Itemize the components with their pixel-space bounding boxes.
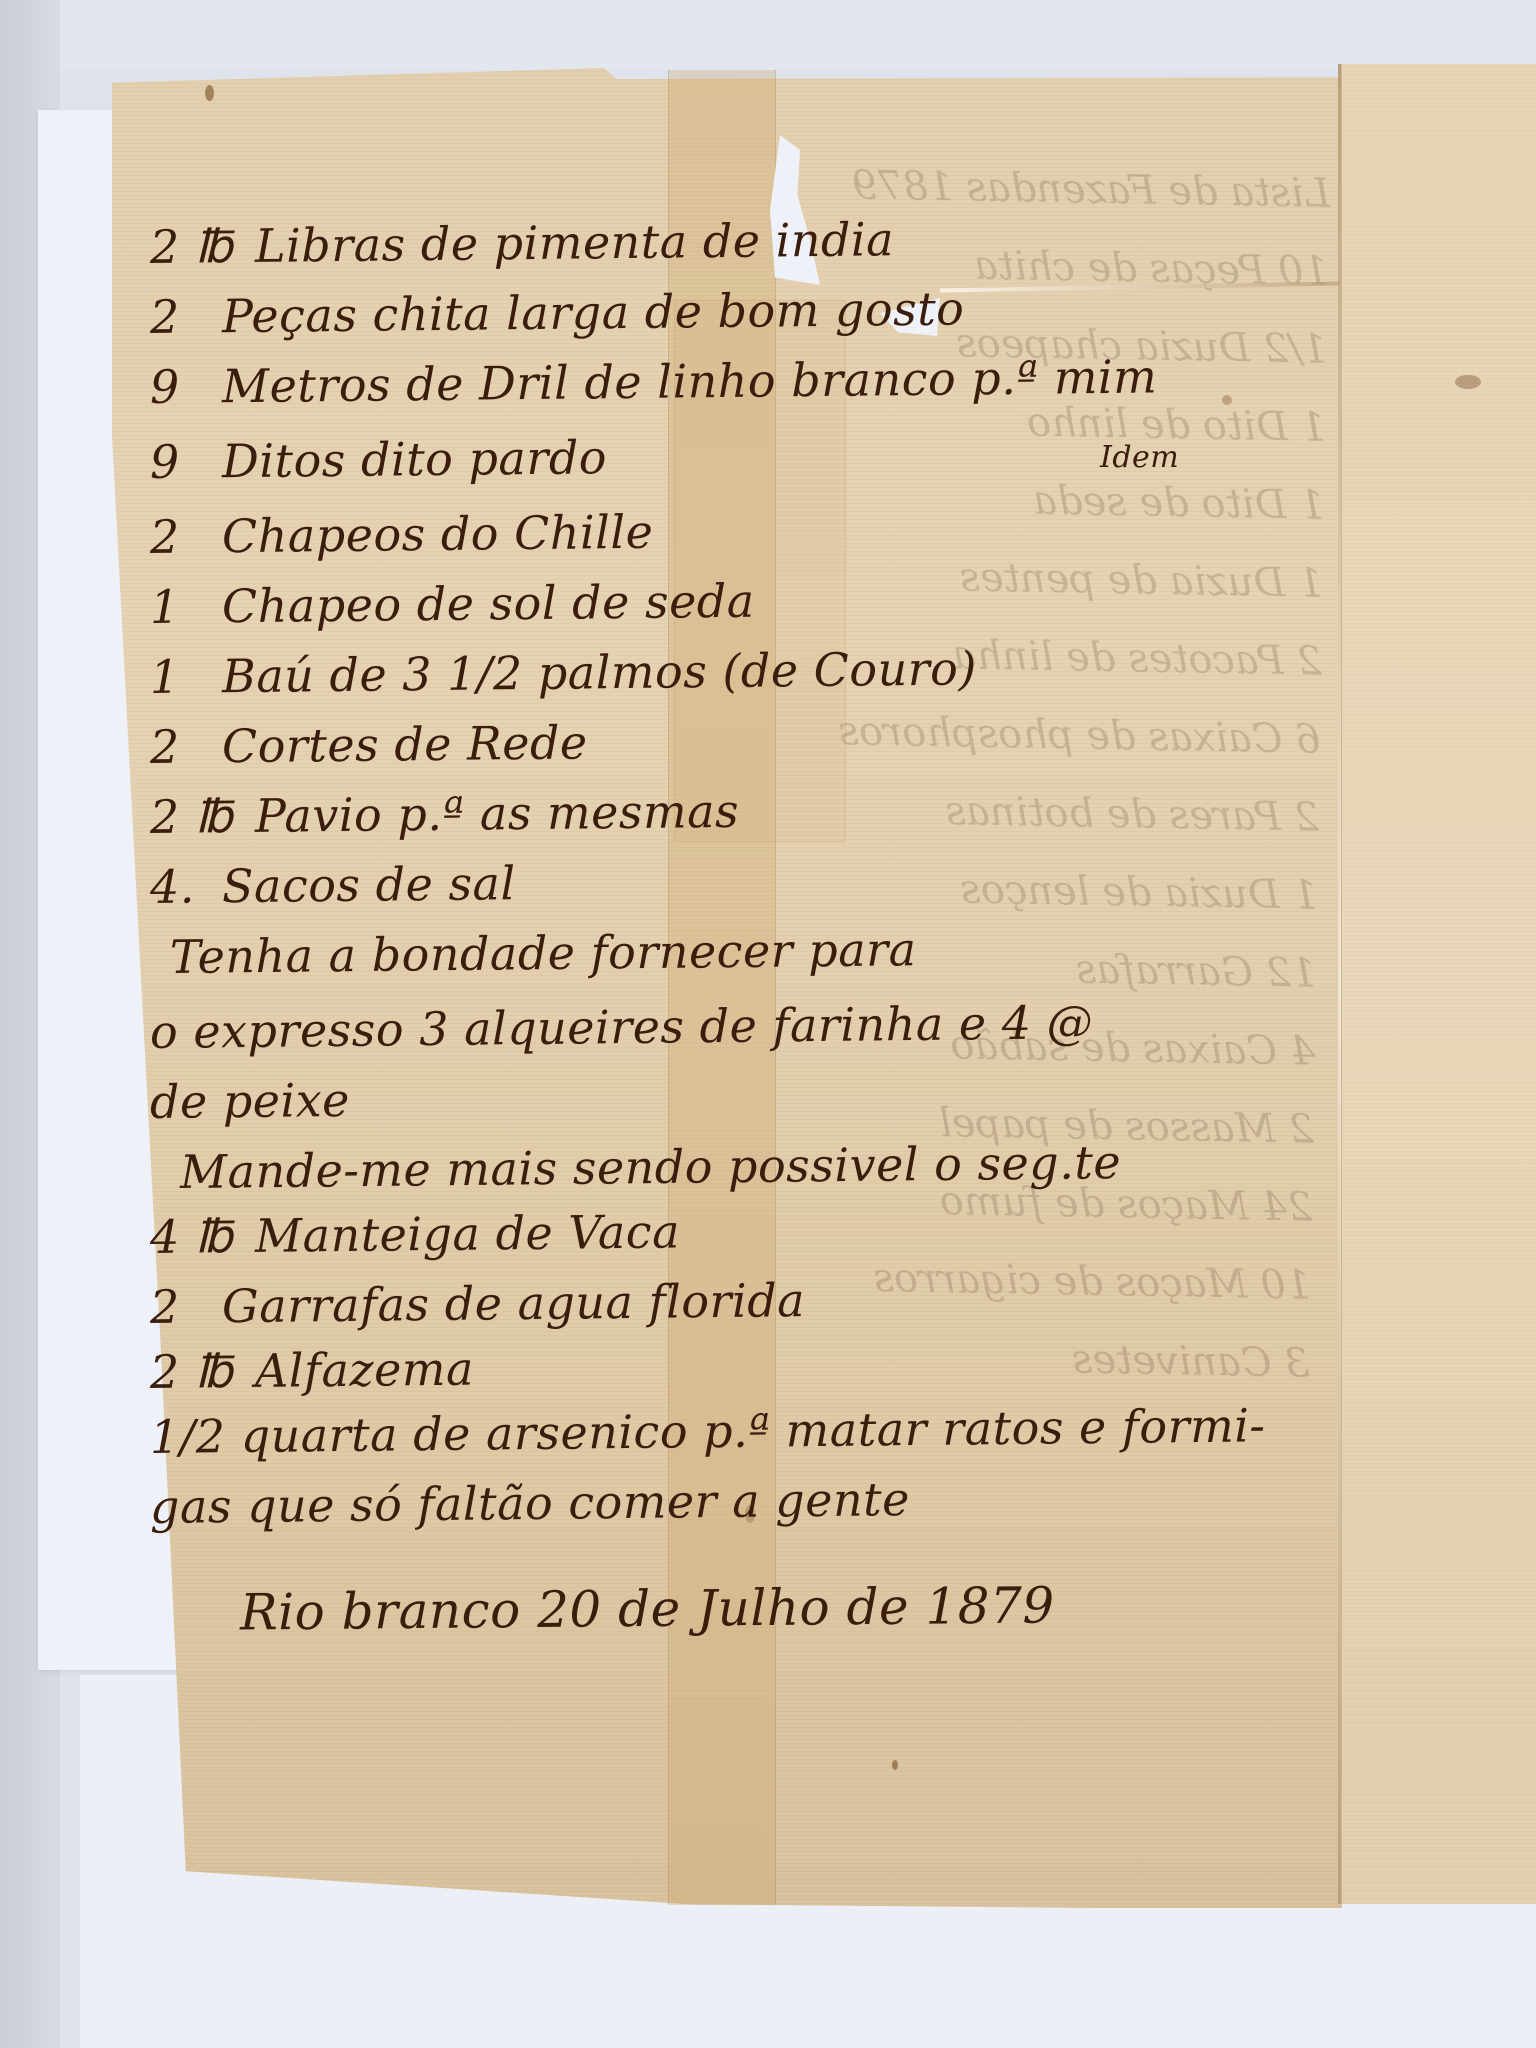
item-description: Garrafas de agua florida — [222, 1273, 806, 1333]
item-quantity: 2 — [150, 509, 201, 564]
item-description: Manteiga de Vaca — [255, 1204, 681, 1262]
item-quantity: 2 — [150, 719, 201, 774]
item-quantity: 4 ℔ — [150, 1209, 234, 1264]
item-description: Baú de 3 1/2 palmos (de Couro) — [222, 641, 977, 703]
item-description: Libras de pimenta de india — [255, 212, 895, 273]
item-quantity: 1 — [150, 579, 201, 634]
item-description: Chapeos do Chille — [222, 505, 654, 564]
ink-stain — [205, 85, 214, 101]
list-item: 1Chapeo de sol de seda — [150, 574, 755, 634]
ink-stain — [892, 1760, 898, 1770]
item-description: Cortes de Rede — [222, 715, 588, 773]
second-request-text: Mande-me mais sendo possivel o seg.te — [180, 1135, 1122, 1199]
request-text: de peixe — [150, 1073, 350, 1129]
list-item: 2 ℔Alfazema — [150, 1342, 474, 1399]
item-description: Pavio p.ª as mesmas — [255, 784, 740, 843]
list-item: 2Cortes de Rede — [150, 715, 588, 774]
item-quantity: 2 — [150, 289, 201, 344]
request-text: o expresso 3 alqueires de farinha e 4 @ — [150, 995, 1094, 1059]
item-description: Peças chita larga de bom gosto — [222, 281, 965, 343]
item-quantity: 2 — [150, 1279, 201, 1334]
fold-crease — [1338, 64, 1341, 1904]
list-item: 2Peças chita larga de bom gosto — [150, 281, 965, 344]
place-and-date: Rio branco 20 de Julho de 1879 — [240, 1576, 1055, 1641]
list-item: 9Metros de Dril de linho branco p.ª mim — [150, 349, 1158, 414]
item-quantity: 4. — [150, 859, 201, 914]
list-item: 2 ℔Libras de pimenta de india — [150, 212, 895, 274]
list-item: 1Baú de 3 1/2 palmos (de Couro) — [150, 641, 977, 704]
request-text: Tenha a bondade fornecer para — [170, 922, 917, 984]
item-description: Alfazema — [255, 1342, 474, 1398]
closing-text: gas que só faltão comer a gente — [150, 1472, 910, 1534]
item-quantity: 9 — [150, 434, 201, 489]
item-quantity: 9 — [150, 359, 201, 414]
background-surface — [0, 0, 1536, 70]
item-quantity: 2 ℔ — [150, 789, 234, 844]
ink-stain — [1455, 375, 1481, 389]
item-description: Metros de Dril de linho branco p.ª mim — [222, 349, 1158, 413]
item-quantity: 2 ℔ — [150, 1344, 234, 1399]
item-quantity: 1 — [150, 649, 201, 704]
paper-folded-panel — [1340, 64, 1536, 1904]
list-item: 4.Sacos de sal — [150, 856, 516, 914]
list-item: 9Ditos dito pardo — [150, 430, 608, 489]
ink-stain — [1222, 395, 1232, 405]
list-item: 2 ℔Pavio p.ª as mesmas — [150, 784, 740, 844]
list-item: 2Chapeos do Chille — [150, 505, 654, 564]
list-item: 2Garrafas de agua florida — [150, 1273, 806, 1334]
item-description: Sacos de sal — [222, 856, 516, 913]
list-item: 4 ℔Manteiga de Vaca — [150, 1204, 681, 1264]
item-description: Ditos dito pardo — [222, 430, 608, 488]
item-quantity: 2 ℔ — [150, 219, 234, 274]
idem-annotation: Idem — [1100, 440, 1179, 475]
item-description: Chapeo de sol de seda — [222, 574, 755, 634]
